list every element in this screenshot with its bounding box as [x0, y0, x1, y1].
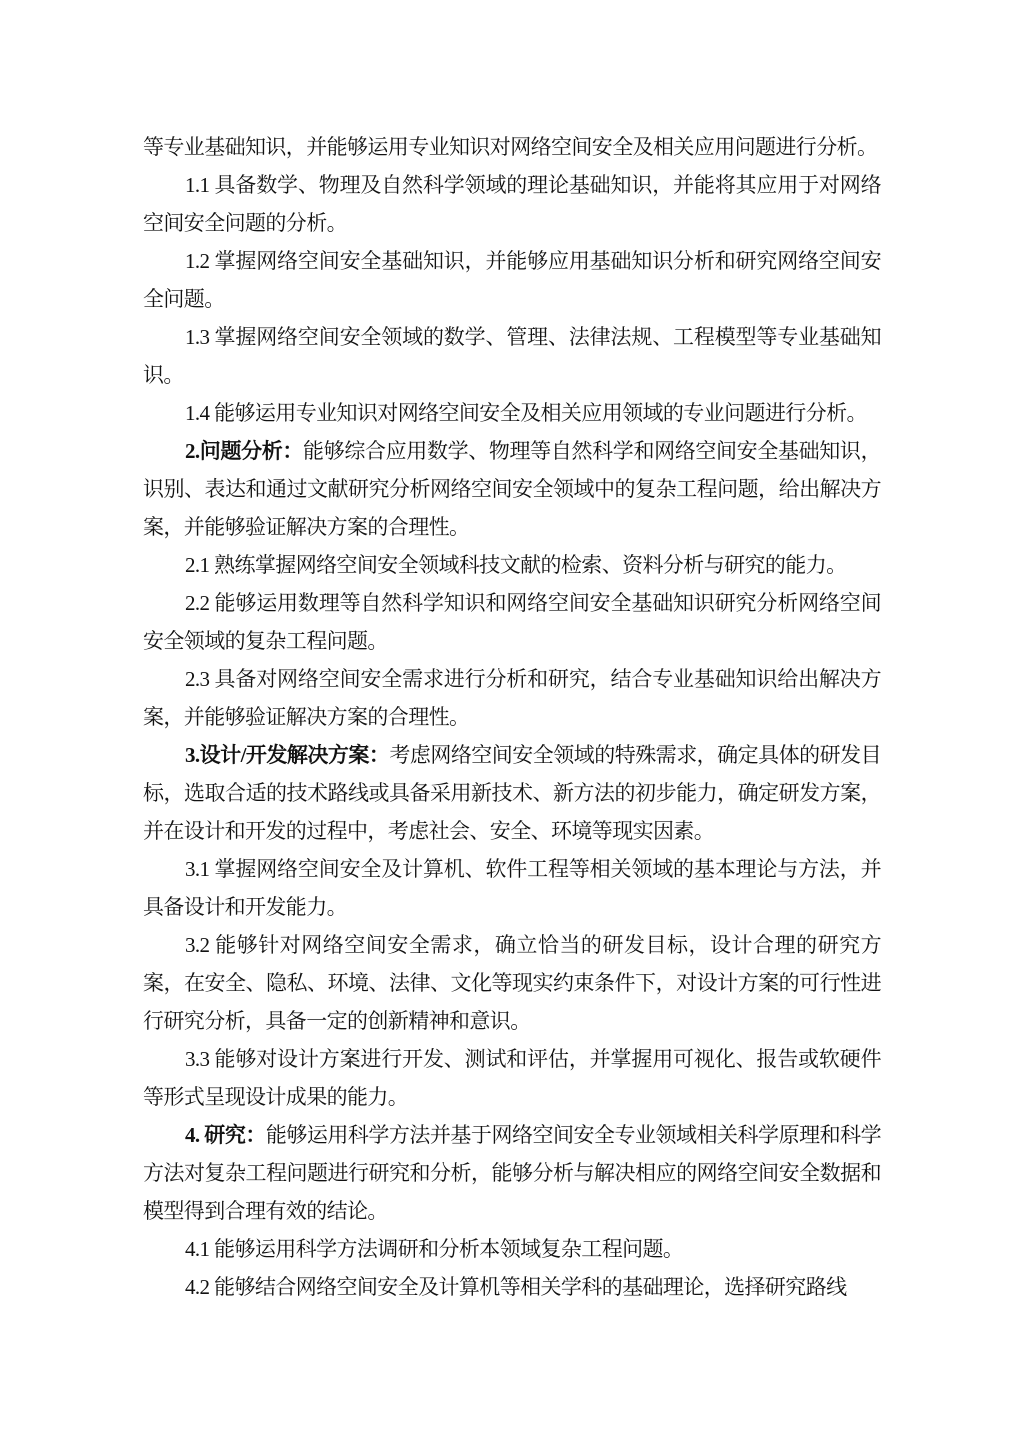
paragraph-text: 2.1 熟练掌握网络空间安全领域科技文献的检索、资料分析与研究的能力。 [185, 553, 847, 577]
paragraph-text: 2.2 能够运用数理等自然科学知识和网络空间安全基础知识研究分析网络空间安全领域… [143, 591, 881, 653]
paragraph: 1.2 掌握网络空间安全基础知识，并能够应用基础知识分析和研究网络空间安全问题。 [143, 242, 881, 318]
paragraph: 等专业基础知识，并能够运用专业知识对网络空间安全及相关应用问题进行分析。 [143, 128, 881, 166]
paragraph: 3.2 能够针对网络空间安全需求，确立恰当的研发目标，设计合理的研究方案，在安全… [143, 926, 881, 1040]
paragraph: 2.2 能够运用数理等自然科学知识和网络空间安全基础知识研究分析网络空间安全领域… [143, 584, 881, 660]
paragraph-text: 3.2 能够针对网络空间安全需求，确立恰当的研发目标，设计合理的研究方案，在安全… [143, 933, 881, 1033]
paragraph: 3.1 掌握网络空间安全及计算机、软件工程等相关领域的基本理论与方法，并具备设计… [143, 850, 881, 926]
paragraph: 4.1 能够运用科学方法调研和分析本领域复杂工程问题。 [143, 1230, 881, 1268]
paragraph-text: 1.4 能够运用专业知识对网络空间安全及相关应用领域的专业问题进行分析。 [185, 401, 867, 425]
paragraph-lead-bold: 2.问题分析： [185, 439, 303, 463]
paragraph-lead-bold: 3.设计/开发解决方案： [185, 743, 389, 767]
paragraph-text: 等专业基础知识，并能够运用专业知识对网络空间安全及相关应用问题进行分析。 [143, 135, 877, 159]
paragraph-text: 1.1 具备数学、物理及自然科学领域的理论基础知识，并能将其应用于对网络空间安全… [143, 173, 881, 235]
document-text-block: 等专业基础知识，并能够运用专业知识对网络空间安全及相关应用问题进行分析。1.1 … [143, 128, 881, 1306]
document-page: 等专业基础知识，并能够运用专业知识对网络空间安全及相关应用问题进行分析。1.1 … [0, 0, 1024, 1448]
paragraph: 3.3 能够对设计方案进行开发、测试和评估，并掌握用可视化、报告或软硬件等形式呈… [143, 1040, 881, 1116]
paragraph: 1.1 具备数学、物理及自然科学领域的理论基础知识，并能将其应用于对网络空间安全… [143, 166, 881, 242]
paragraph-text: 1.2 掌握网络空间安全基础知识，并能够应用基础知识分析和研究网络空间安全问题。 [143, 249, 881, 311]
paragraph: 2.问题分析：能够综合应用数学、物理等自然科学和网络空间安全基础知识，识别、表达… [143, 432, 881, 546]
paragraph-text: 3.3 能够对设计方案进行开发、测试和评估，并掌握用可视化、报告或软硬件等形式呈… [143, 1047, 881, 1109]
paragraph: 1.4 能够运用专业知识对网络空间安全及相关应用领域的专业问题进行分析。 [143, 394, 881, 432]
paragraph-text: 4.2 能够结合网络空间安全及计算机等相关学科的基础理论，选择研究路线 [185, 1275, 847, 1299]
paragraph: 4. 研究：能够运用科学方法并基于网络空间安全专业领域相关科学原理和科学方法对复… [143, 1116, 881, 1230]
paragraph: 2.3 具备对网络空间安全需求进行分析和研究，结合专业基础知识给出解决方案，并能… [143, 660, 881, 736]
paragraph-text: 2.3 具备对网络空间安全需求进行分析和研究，结合专业基础知识给出解决方案，并能… [143, 667, 881, 729]
paragraph: 2.1 熟练掌握网络空间安全领域科技文献的检索、资料分析与研究的能力。 [143, 546, 881, 584]
paragraph-text: 1.3 掌握网络空间安全领域的数学、管理、法律法规、工程模型等专业基础知识。 [143, 325, 881, 387]
paragraph: 4.2 能够结合网络空间安全及计算机等相关学科的基础理论，选择研究路线 [143, 1268, 881, 1306]
paragraph-text: 4.1 能够运用科学方法调研和分析本领域复杂工程问题。 [185, 1237, 683, 1261]
paragraph-text: 3.1 掌握网络空间安全及计算机、软件工程等相关领域的基本理论与方法，并具备设计… [143, 857, 881, 919]
paragraph-lead-bold: 4. 研究： [185, 1123, 266, 1147]
paragraph: 3.设计/开发解决方案：考虑网络空间安全领域的特殊需求，确定具体的研发目标，选取… [143, 736, 881, 850]
paragraph: 1.3 掌握网络空间安全领域的数学、管理、法律法规、工程模型等专业基础知识。 [143, 318, 881, 394]
